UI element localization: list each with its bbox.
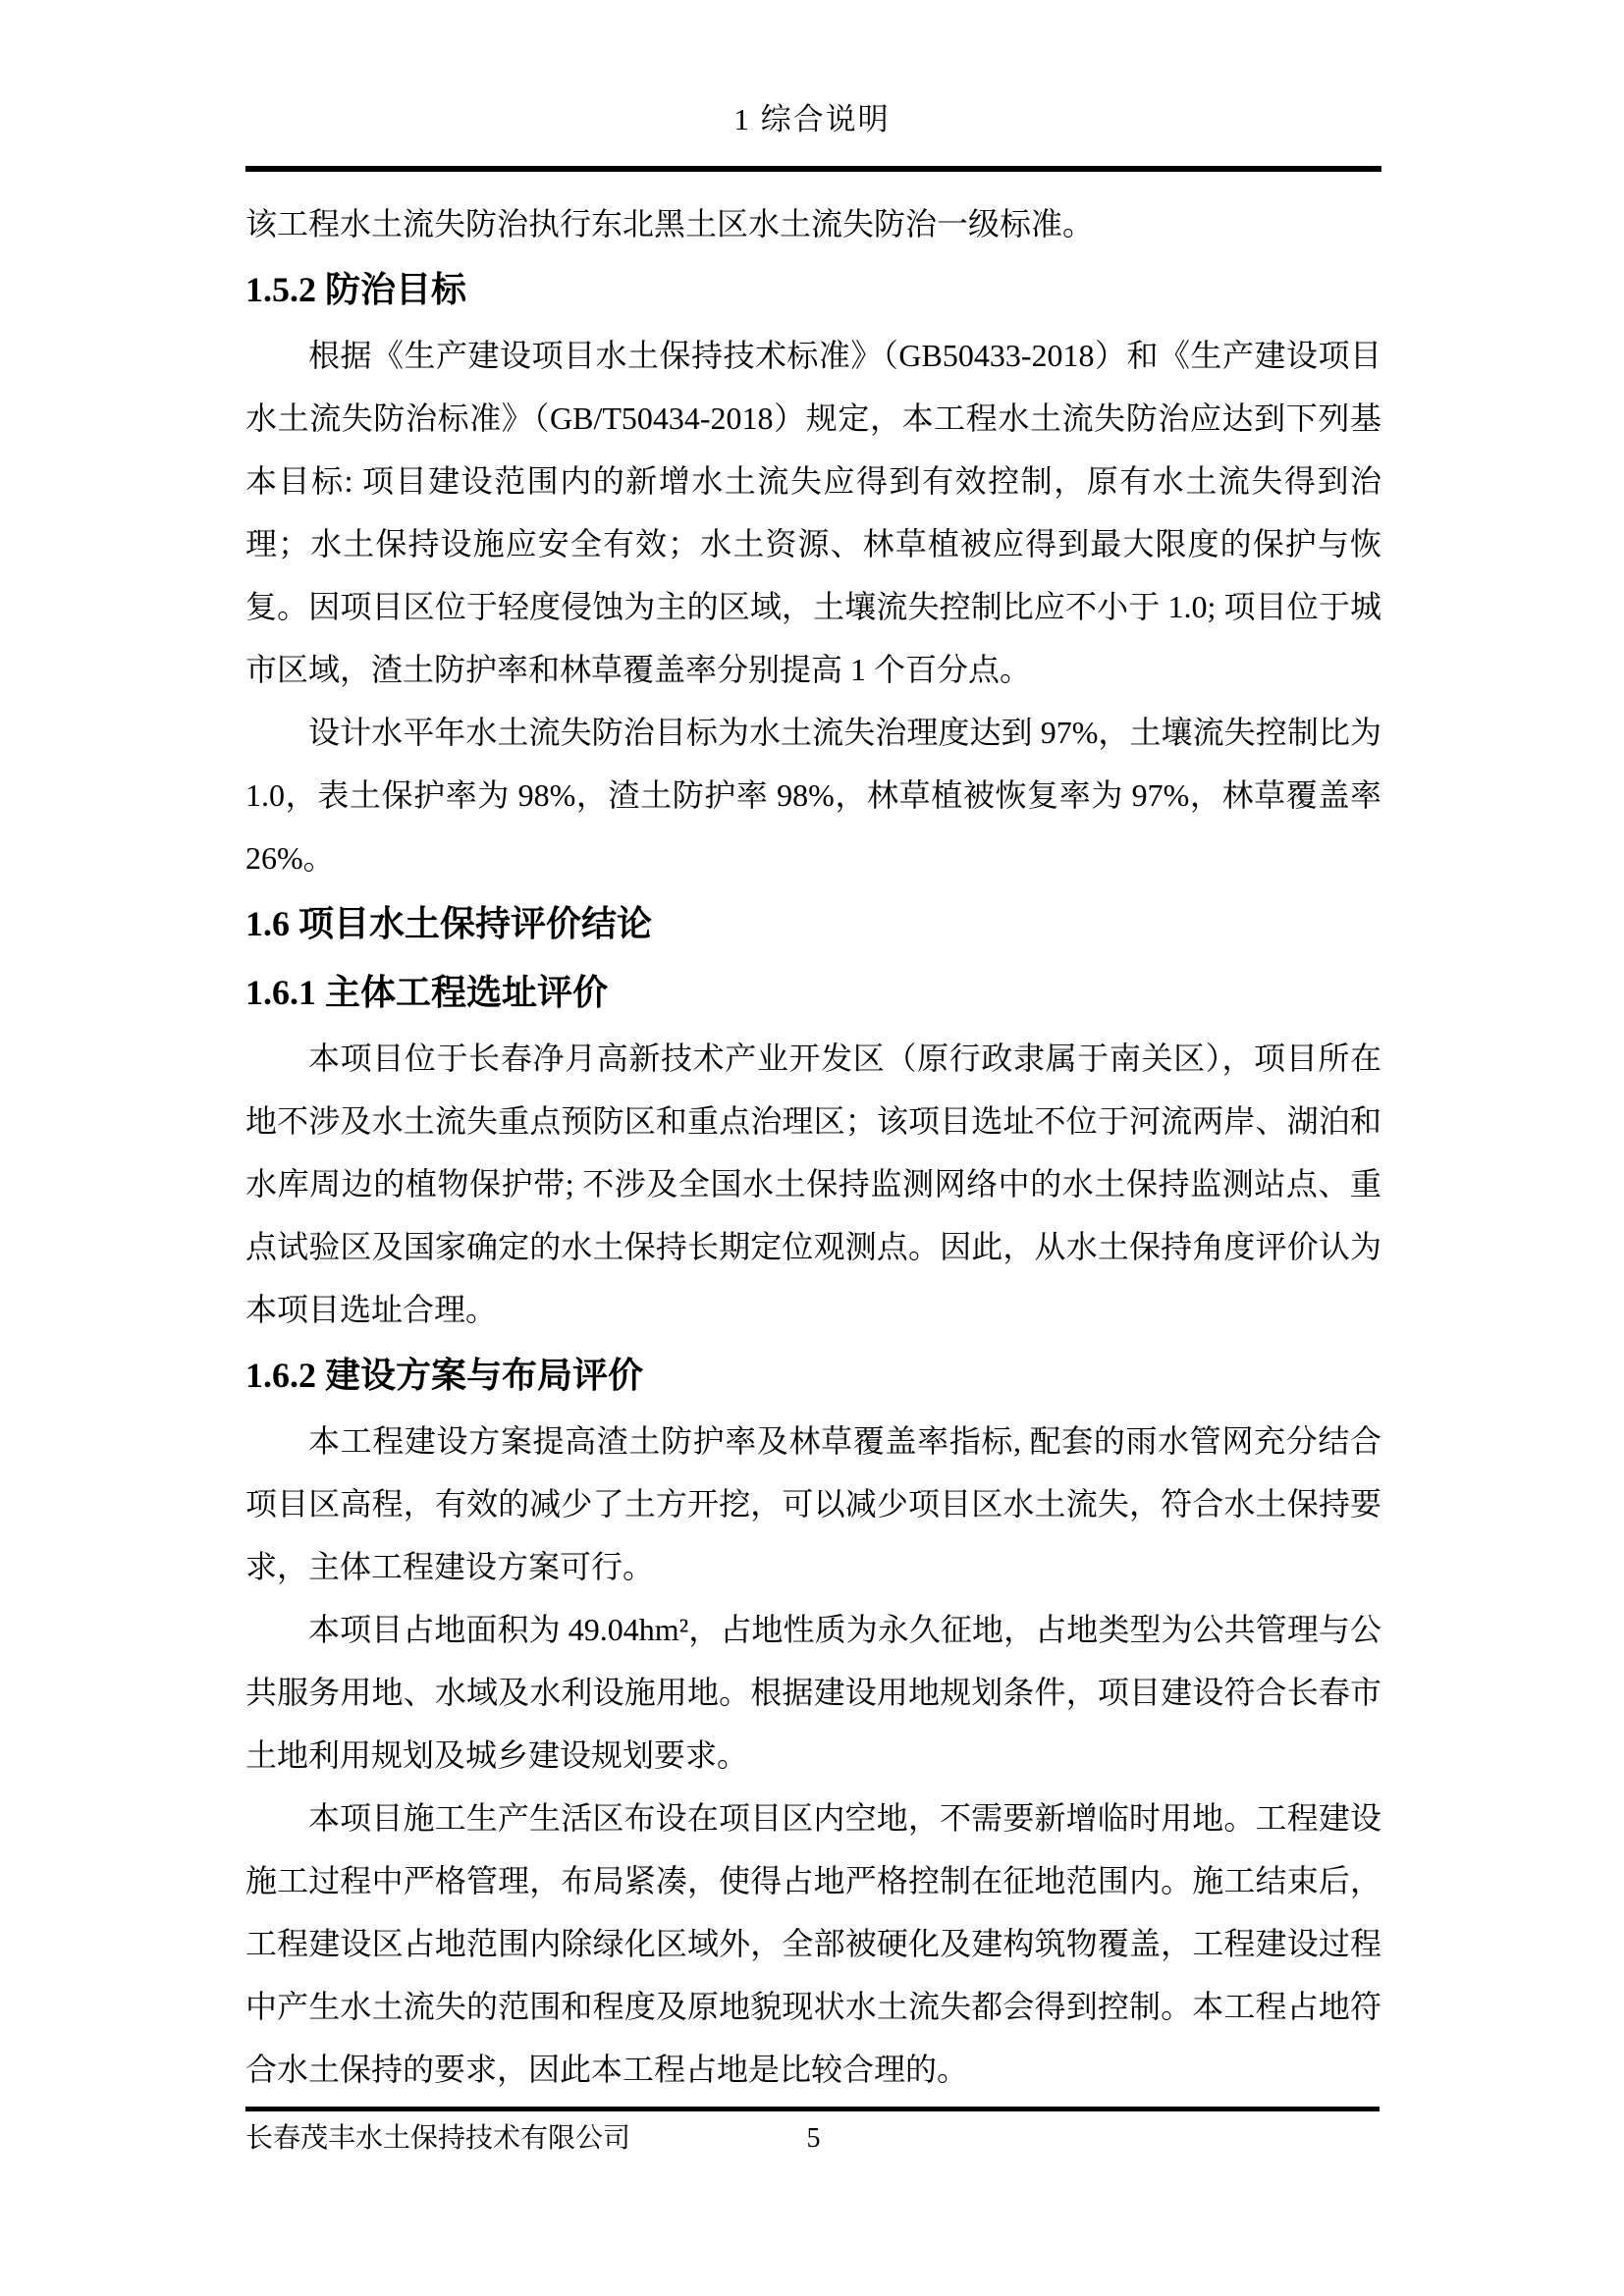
page-content: 该工程水土流失防治执行东北黑土区水土流失防治一级标准。 1.5.2 防治目标 根… xyxy=(245,192,1381,2101)
page-number: 5 xyxy=(807,2115,821,2163)
page-footer: 长春茂丰水土保持技术有限公司 5 xyxy=(245,2115,1381,2163)
paragraph-continuation: 该工程水土流失防治执行东北黑土区水土流失防治一级标准。 xyxy=(245,192,1381,255)
header-rule xyxy=(245,166,1381,172)
heading-1-6-2: 1.6.2 建设方案与布局评价 xyxy=(245,1341,1381,1410)
paragraph-construction-plan-1: 本工程建设方案提高渣土防护率及林草覆盖率指标, 配套的雨水管网充分结合项目区高程… xyxy=(245,1410,1381,1598)
heading-1-5-2: 1.5.2 防治目标 xyxy=(245,255,1381,324)
paragraph-construction-plan-3: 本项目施工生产生活区布设在项目区内空地，不需要新增临时用地。工程建设施工过程中严… xyxy=(245,1787,1381,2101)
paragraph-prevention-targets-1: 根据《生产建设项目水土保持技术标准》（GB50433-2018）和《生产建设项目… xyxy=(245,324,1381,701)
heading-1-6-1: 1.6.1 主体工程选址评价 xyxy=(245,958,1381,1027)
document-page: 1 综合说明 该工程水土流失防治执行东北黑土区水土流失防治一级标准。 1.5.2… xyxy=(0,0,1624,2296)
paragraph-site-selection: 本项目位于长春净月高新技术产业开发区（原行政隶属于南关区），项目所在地不涉及水土… xyxy=(245,1027,1381,1341)
footer-rule xyxy=(245,2107,1380,2111)
paragraph-construction-plan-2: 本项目占地面积为 49.04hm²，占地性质为永久征地，占地类型为公共管理与公共… xyxy=(245,1598,1381,1787)
page-header-chapter-title: 1 综合说明 xyxy=(0,98,1624,141)
heading-1-6: 1.6 项目水土保持评价结论 xyxy=(245,889,1381,958)
paragraph-prevention-targets-2: 设计水平年水土流失防治目标为水土流失治理度达到 97%，土壤流失控制比为 1.0… xyxy=(245,701,1381,889)
footer-company-name: 长春茂丰水土保持技术有限公司 xyxy=(245,2115,630,2163)
